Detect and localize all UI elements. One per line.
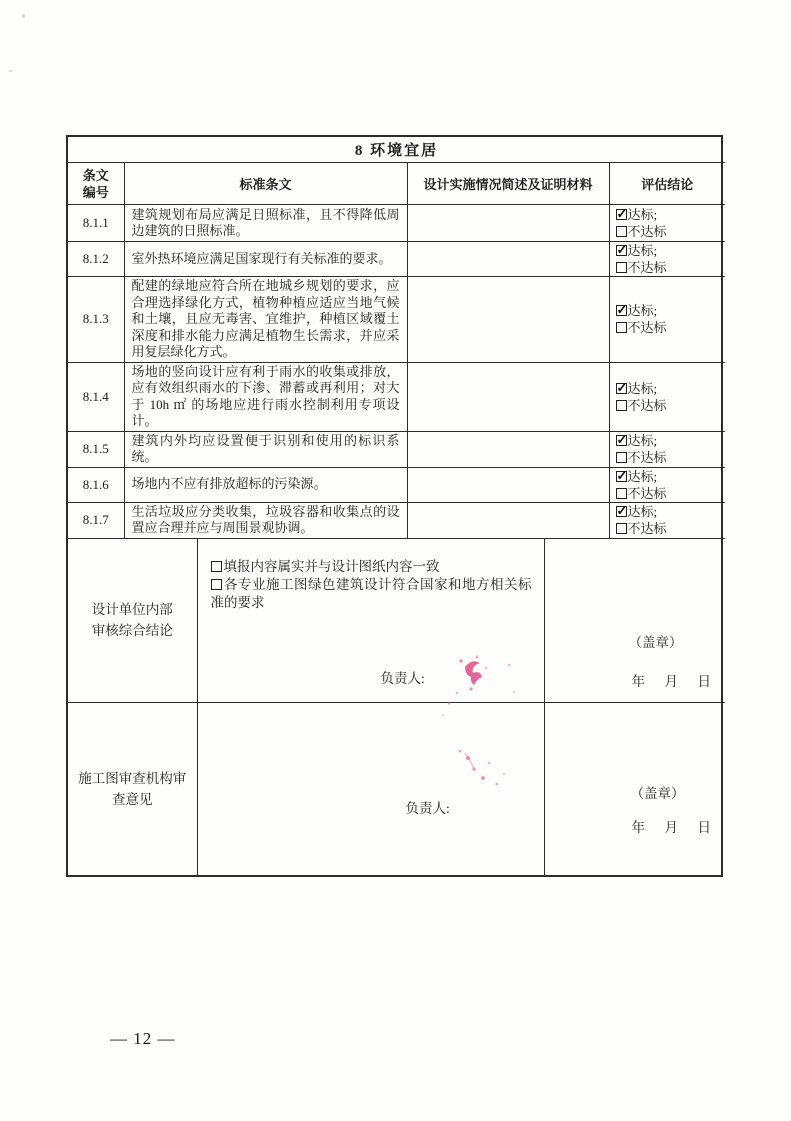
- scan-speck: [22, 14, 25, 18]
- declaration-checkbox[interactable]: [211, 561, 222, 572]
- table-row: 8.1.5 建筑内外均应设置便于识别和使用的标识系统。 达标; 不达标: [68, 431, 725, 467]
- fail-label: 不达标: [628, 521, 667, 536]
- pass-label: 达标;: [628, 504, 658, 519]
- date-label: 年 月 日: [632, 670, 715, 690]
- clause-text: 配建的绿地应符合所在地城乡规划的要求，应合理选择绿化方式，植物种植应适应当地气候…: [125, 277, 407, 362]
- implementation-cell: [407, 277, 609, 363]
- implementation-cell: [407, 467, 609, 502]
- clause-text: 室外热环境应满足国家现行有关标准的要求。: [125, 250, 407, 269]
- clause-text: 生活垃圾应分类收集，垃圾容器和收集点的设置应合理并应与周围景观协调。: [125, 503, 407, 538]
- clause-number: 8.1.7: [68, 502, 124, 538]
- scanned-document-page: 8 环境宜居 条文编号 标准条文 设计实施情况简述及证明材料 评估结论 8.1.…: [0, 0, 791, 1121]
- section-label: 设计单位内部审核综合结论: [90, 599, 174, 641]
- scan-speck: [8, 70, 13, 72]
- clause-number: 8.1.2: [68, 242, 124, 277]
- fail-checkbox[interactable]: [616, 226, 627, 237]
- clause-text: 建筑规划布局应满足日照标准，且不得降低周边建筑的日照标准。: [125, 206, 407, 241]
- table-row: 8.1.7 生活垃圾应分类收集，垃圾容器和收集点的设置应合理并应与周围景观协调。…: [68, 502, 725, 538]
- date-label: 年 月 日: [632, 816, 715, 836]
- implementation-cell: [407, 431, 609, 467]
- signature-ink-mark: [413, 645, 525, 800]
- table-row: 8.1.3 配建的绿地应符合所在地城乡规划的要求，应合理选择绿化方式，植物种植应…: [68, 277, 725, 363]
- clause-number: 8.1.3: [68, 277, 124, 363]
- clause-number: 8.1.5: [68, 431, 124, 467]
- pass-label: 达标;: [628, 433, 658, 448]
- fail-label: 不达标: [628, 450, 667, 465]
- pass-checkbox[interactable]: [616, 471, 627, 482]
- stamp-label: （盖章）: [631, 782, 685, 802]
- implementation-cell: [407, 205, 609, 242]
- section-label: 施工图审查机构审查意见: [75, 768, 190, 810]
- clause-number: 8.1.4: [68, 362, 124, 431]
- fail-label: 不达标: [628, 398, 667, 413]
- stamp-label: （盖章）: [629, 631, 683, 651]
- clause-table: 8 环境宜居 条文编号 标准条文 设计实施情况简述及证明材料 评估结论 8.1.…: [68, 137, 725, 539]
- pass-label: 达标;: [628, 243, 658, 258]
- fail-checkbox[interactable]: [616, 262, 627, 273]
- pass-label: 达标;: [628, 381, 658, 396]
- clause-text: 场地内不应有排放超标的污染源。: [125, 475, 407, 494]
- fail-checkbox[interactable]: [616, 523, 627, 534]
- col-header-clause: 标准条文: [124, 163, 407, 205]
- standards-checkbox[interactable]: [211, 579, 222, 590]
- pass-checkbox[interactable]: [616, 245, 627, 256]
- fail-checkbox[interactable]: [616, 322, 627, 333]
- page-number: — 12 —: [110, 1029, 176, 1049]
- fail-checkbox[interactable]: [616, 452, 627, 463]
- implementation-cell: [407, 362, 609, 431]
- pass-label: 达标;: [628, 303, 658, 318]
- pass-checkbox[interactable]: [616, 383, 627, 394]
- implementation-cell: [407, 502, 609, 538]
- clause-text: 场地的竖向设计应有利于雨水的收集或排放，应有效组织雨水的下渗、滞蓄或再利用；对大…: [125, 363, 407, 431]
- table-row: 8.1.4 场地的竖向设计应有利于雨水的收集或排放，应有效组织雨水的下渗、滞蓄或…: [68, 362, 725, 431]
- fail-label: 不达标: [628, 486, 667, 501]
- fail-label: 不达标: [628, 320, 667, 335]
- table-row: 8.1.6 场地内不应有排放超标的污染源。 达标; 不达标: [68, 467, 725, 502]
- design-unit-conclusion-section: 设计单位内部审核综合结论 填报内容属实并与设计图纸内容一致 各专业施工图绿色建筑…: [68, 539, 725, 703]
- col-header-implementation: 设计实施情况简述及证明材料: [407, 163, 609, 205]
- col-header-conclusion: 评估结论: [609, 163, 725, 205]
- assessment-form-table: 8 环境宜居 条文编号 标准条文 设计实施情况简述及证明材料 评估结论 8.1.…: [66, 135, 723, 877]
- clause-text: 建筑内外均应设置便于识别和使用的标识系统。: [125, 432, 407, 467]
- review-agency-opinion-section: 施工图审查机构审查意见 负责人: （盖章） 年 月 日: [68, 702, 725, 875]
- standards-label: 各专业施工图绿色建筑设计符合国家和地方相关标准的要求: [211, 577, 532, 610]
- fail-label: 不达标: [628, 260, 667, 275]
- conclusion-table: 设计单位内部审核综合结论 填报内容属实并与设计图纸内容一致 各专业施工图绿色建筑…: [68, 539, 725, 875]
- col-header-clause-no: 条文编号: [68, 163, 124, 205]
- implementation-cell: [407, 242, 609, 277]
- fail-checkbox[interactable]: [616, 488, 627, 499]
- fail-checkbox[interactable]: [616, 400, 627, 411]
- fail-label: 不达标: [628, 224, 667, 239]
- table-row: 8.1.2 室外热环境应满足国家现行有关标准的要求。 达标; 不达标: [68, 242, 725, 277]
- pass-label: 达标;: [628, 469, 658, 484]
- pass-checkbox[interactable]: [616, 506, 627, 517]
- declaration-label: 填报内容属实并与设计图纸内容一致: [224, 559, 440, 574]
- pass-label: 达标;: [628, 207, 658, 222]
- table-row: 8.1.1 建筑规划布局应满足日照标准，且不得降低周边建筑的日照标准。 达标; …: [68, 205, 725, 242]
- table-title: 8 环境宜居: [68, 137, 725, 163]
- clause-number: 8.1.6: [68, 467, 124, 502]
- pass-checkbox[interactable]: [616, 209, 627, 220]
- pass-checkbox[interactable]: [616, 305, 627, 316]
- pass-checkbox[interactable]: [616, 435, 627, 446]
- clause-number: 8.1.1: [68, 205, 124, 242]
